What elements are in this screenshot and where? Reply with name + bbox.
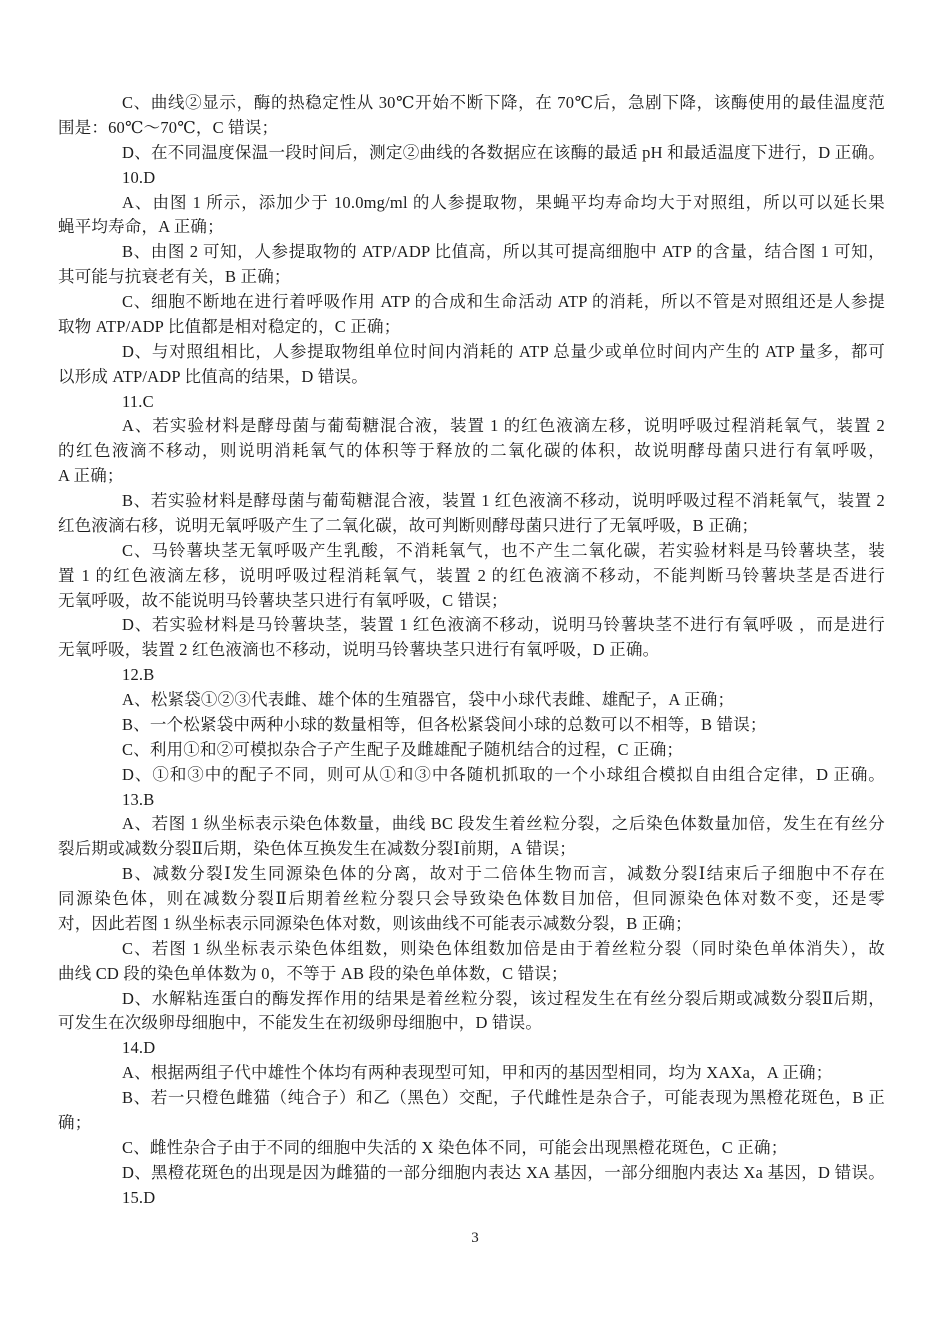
text-line: 可发生在次级卵母细胞中，不能发生在初级卵母细胞中，D 错误。 (58, 1011, 885, 1036)
text-line: C、马铃薯块茎无氧呼吸产生乳酸，不消耗氧气，也不产生二氧化碳，若实验材料是马铃薯… (58, 539, 885, 564)
text-line: 确； (58, 1111, 885, 1136)
text-line: C、细胞不断地在进行着呼吸作用 ATP 的合成和生命活动 ATP 的消耗，所以不… (58, 290, 885, 315)
text-line: 无氧呼吸，装置 2 红色液滴也不移动，说明马铃薯块茎只进行有氧呼吸，D 正确。 (58, 638, 885, 663)
text-line: 同源染色体，则在减数分裂Ⅱ后期着丝粒分裂只会导致染色体数目加倍，但同源染色体对数… (58, 887, 885, 912)
text-line: 曲线 CD 段的染色单体数为 0，不等于 AB 段的染色单体数，C 错误； (58, 962, 885, 987)
page-number: 3 (0, 1228, 950, 1248)
text-line: 对，因此若图 1 纵坐标表示同源染色体对数，则该曲线不可能表示减数分裂，B 正确… (58, 912, 885, 937)
document-page: C、曲线②显示，酶的热稳定性从 30℃开始不断下降，在 70℃后，急剧下降，该酶… (0, 0, 950, 1344)
text-line: 15.D (58, 1186, 885, 1211)
text-line: 置 1 的红色液滴左移，说明呼吸过程消耗氧气，装置 2 的红色液滴不移动，不能判… (58, 564, 885, 589)
text-line: B、减数分裂Ⅰ发生同源染色体的分离，故对于二倍体生物而言，减数分裂Ⅰ结束后子细胞… (58, 862, 885, 887)
answer-text-block: C、曲线②显示，酶的热稳定性从 30℃开始不断下降，在 70℃后，急剧下降，该酶… (58, 91, 885, 1210)
text-line: A 正确； (58, 464, 885, 489)
text-line: C、利用①和②可模拟杂合子产生配子及雌雄配子随机结合的过程，C 正确； (58, 738, 885, 763)
text-line: C、曲线②显示，酶的热稳定性从 30℃开始不断下降，在 70℃后，急剧下降，该酶… (58, 91, 885, 116)
text-line: D、在不同温度保温一段时间后，测定②曲线的各数据应在该酶的最适 pH 和最适温度… (58, 141, 885, 166)
text-line: B、一个松紧袋中两种小球的数量相等，但各松紧袋间小球的总数可以不相等，B 错误； (58, 713, 885, 738)
text-line: 12.B (58, 663, 885, 688)
text-line: 14.D (58, 1036, 885, 1061)
text-line: 以形成 ATP/ADP 比值高的结果，D 错误。 (58, 365, 885, 390)
text-line: 13.B (58, 788, 885, 813)
text-line: D、水解粘连蛋白的酶发挥作用的结果是着丝粒分裂，该过程发生在有丝分裂后期或减数分… (58, 987, 885, 1012)
text-line: C、雌性杂合子由于不同的细胞中失活的 X 染色体不同，可能会出现黑橙花斑色，C … (58, 1136, 885, 1161)
text-line: C、若图 1 纵坐标表示染色体组数，则染色体组数加倍是由于着丝粒分裂（同时染色单… (58, 937, 885, 962)
text-line: A、若实验材料是酵母菌与葡萄糖混合液，装置 1 的红色液滴左移，说明呼吸过程消耗… (58, 414, 885, 439)
text-line: D、黑橙花斑色的出现是因为雌猫的一部分细胞内表达 XA 基因，一部分细胞内表达 … (58, 1161, 885, 1186)
text-line: 10.D (58, 166, 885, 191)
text-line: D、①和③中的配子不同，则可从①和③中各随机抓取的一个小球组合模拟自由组合定律，… (58, 763, 885, 788)
text-line: A、若图 1 纵坐标表示染色体数量，曲线 BC 段发生着丝粒分裂，之后染色体数量… (58, 812, 885, 837)
text-line: A、根据两组子代中雄性个体均有两种表现型可知，甲和丙的基因型相同，均为 XAXa… (58, 1061, 885, 1086)
text-line: 蝇平均寿命，A 正确； (58, 215, 885, 240)
text-line: 裂后期或减数分裂Ⅱ后期，染色体互换发生在减数分裂Ⅰ前期，A 错误； (58, 837, 885, 862)
text-line: 无氧呼吸，故不能说明马铃薯块茎只进行有氧呼吸，C 错误； (58, 589, 885, 614)
text-line: A、松紧袋①②③代表雌、雄个体的生殖器官，袋中小球代表雌、雄配子，A 正确； (58, 688, 885, 713)
text-line: B、若一只橙色雌猫（纯合子）和乙（黑色）交配，子代雌性是杂合子，可能表现为黑橙花… (58, 1086, 885, 1111)
text-line: 其可能与抗衰老有关，B 正确； (58, 265, 885, 290)
text-line: 红色液滴右移，说明无氧呼吸产生了二氧化碳，故可判断则酵母菌只进行了无氧呼吸，B … (58, 514, 885, 539)
text-line: 11.C (58, 390, 885, 415)
text-line: 的红色液滴不移动，则说明消耗氧气的体积等于释放的二氧化碳的体积，故说明酵母菌只进… (58, 439, 885, 464)
text-line: B、由图 2 可知，人参提取物的 ATP/ADP 比值高，所以其可提高细胞中 A… (58, 240, 885, 265)
text-line: 取物 ATP/ADP 比值都是相对稳定的，C 正确； (58, 315, 885, 340)
text-line: D、与对照组相比，人参提取物组单位时间内消耗的 ATP 总量少或单位时间内产生的… (58, 340, 885, 365)
text-line: D、若实验材料是马铃薯块茎，装置 1 红色液滴不移动，说明马铃薯块茎不进行有氧呼… (58, 613, 885, 638)
text-line: A、由图 1 所示，添加少于 10.0mg/ml 的人参提取物，果蝇平均寿命均大… (58, 191, 885, 216)
text-line: B、若实验材料是酵母菌与葡萄糖混合液，装置 1 红色液滴不移动，说明呼吸过程不消… (58, 489, 885, 514)
text-line: 围是：60℃～70℃，C 错误； (58, 116, 885, 141)
